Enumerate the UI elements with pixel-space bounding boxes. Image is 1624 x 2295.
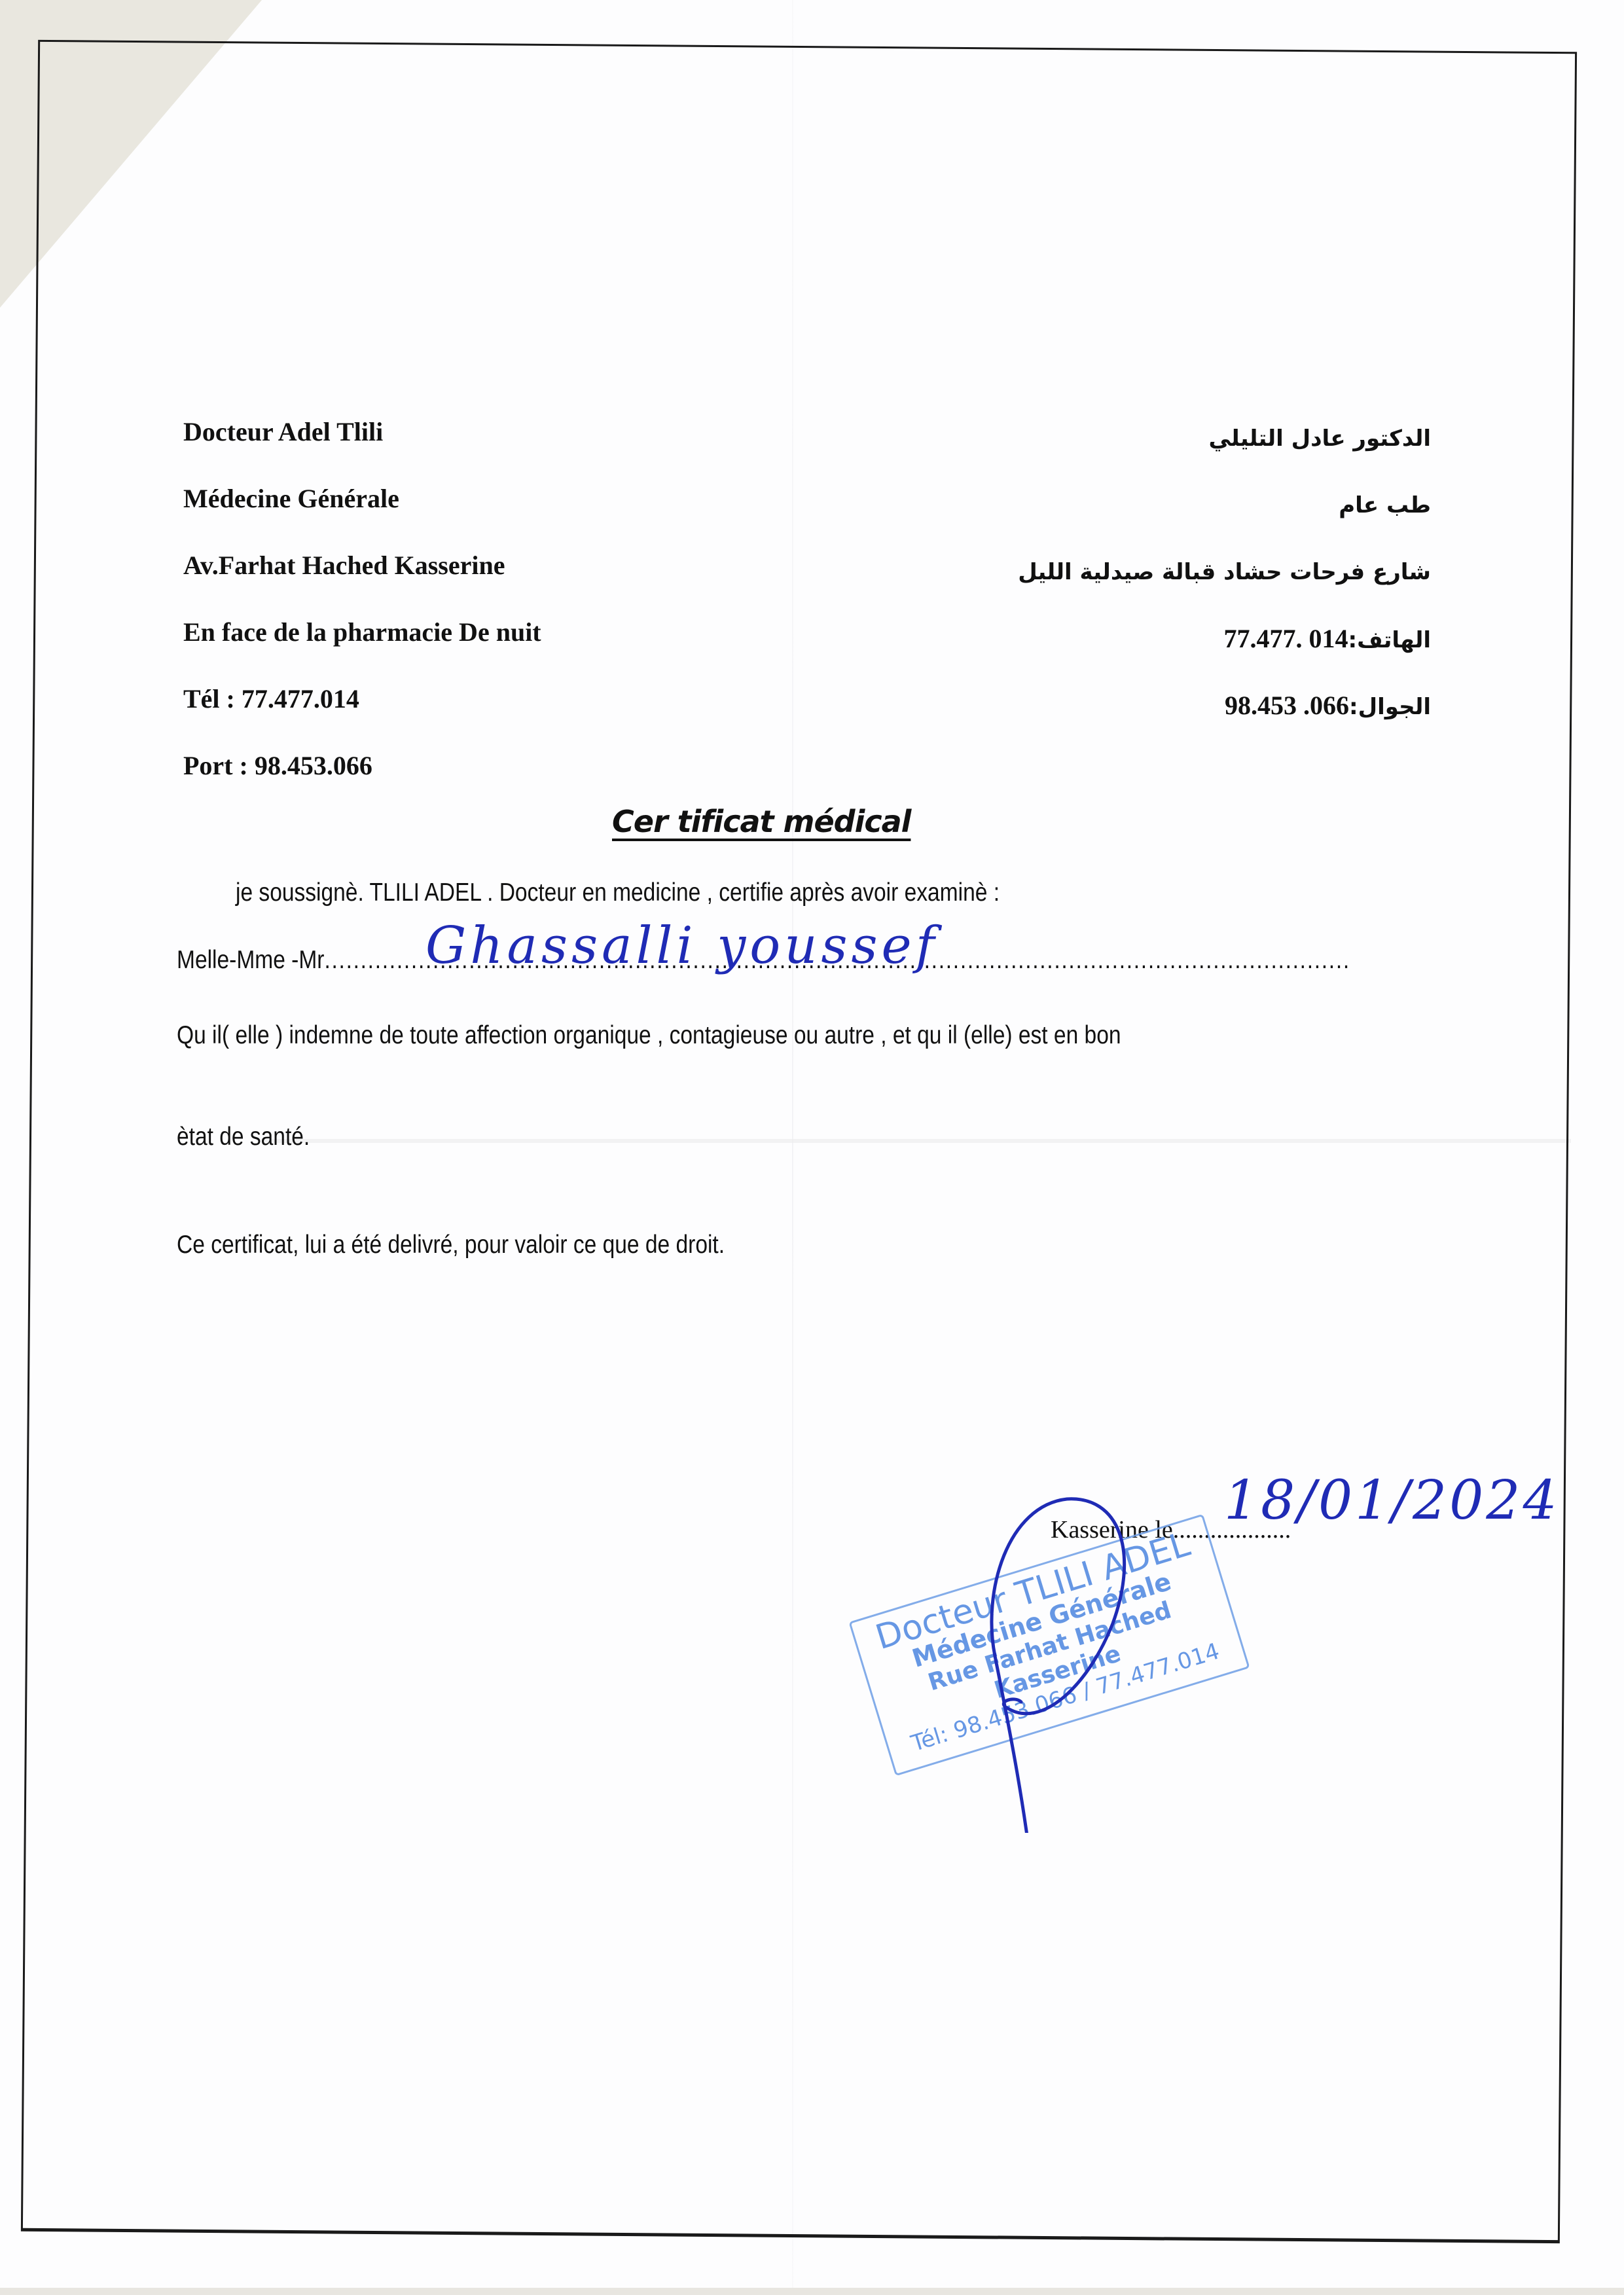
letterhead-french: Docteur Adel Tlili Médecine Générale Av.… — [183, 412, 541, 813]
doctor-name: Docteur Adel Tlili — [183, 412, 541, 479]
doctor-mobile-ar: الجوال:98.453 .066 — [1018, 686, 1431, 753]
date-handwritten: 18/01/2024 — [1224, 1470, 1560, 1532]
doctor-specialty: Médecine Générale — [183, 479, 541, 546]
scan-bottom-edge — [0, 2288, 1624, 2295]
doctor-address-ar: شارع فرحات حشاد قبالة صيدلية الليل — [1018, 552, 1431, 619]
mobile-value-ar: 98.453 .066 — [1225, 691, 1349, 720]
patient-label: Melle-Mme -Mr — [177, 946, 324, 974]
certificate-statement: Qu il( elle ) indemne de toute affection… — [177, 1021, 1121, 1050]
letterhead-arabic: الدكتور عادل التليلي طب عام شارع فرحات ح… — [1018, 419, 1431, 753]
document-title: Cer tificat médical — [612, 804, 911, 839]
certificate-intro: je soussignè. TLILI ADEL . Docteur en me… — [236, 878, 1000, 907]
doctor-name-ar: الدكتور عادل التليلي — [1018, 419, 1431, 486]
certificate-closing: Ce certificat, lui a été delivré, pour v… — [177, 1231, 725, 1259]
doctor-phone-ar: الهاتف:77.477. 014 — [1018, 619, 1431, 686]
doctor-phone: Tél : 77.477.014 — [183, 679, 541, 746]
phone-label-ar: الهاتف: — [1348, 627, 1432, 653]
doctor-mobile: Port : 98.453.066 — [183, 746, 541, 813]
doctor-landmark: En face de la pharmacie De nuit — [183, 613, 541, 679]
certificate-statement-cont: ètat de santé. — [177, 1123, 310, 1151]
doctor-address: Av.Farhat Hached Kasserine — [183, 546, 541, 613]
doctor-specialty-ar: طب عام — [1018, 486, 1431, 552]
mobile-label-ar: الجوال: — [1349, 694, 1431, 720]
patient-name-handwritten: Ghassalli youssef — [425, 916, 939, 975]
doctor-signature — [982, 1492, 1146, 1833]
phone-value-ar: 77.477. 014 — [1224, 624, 1348, 653]
